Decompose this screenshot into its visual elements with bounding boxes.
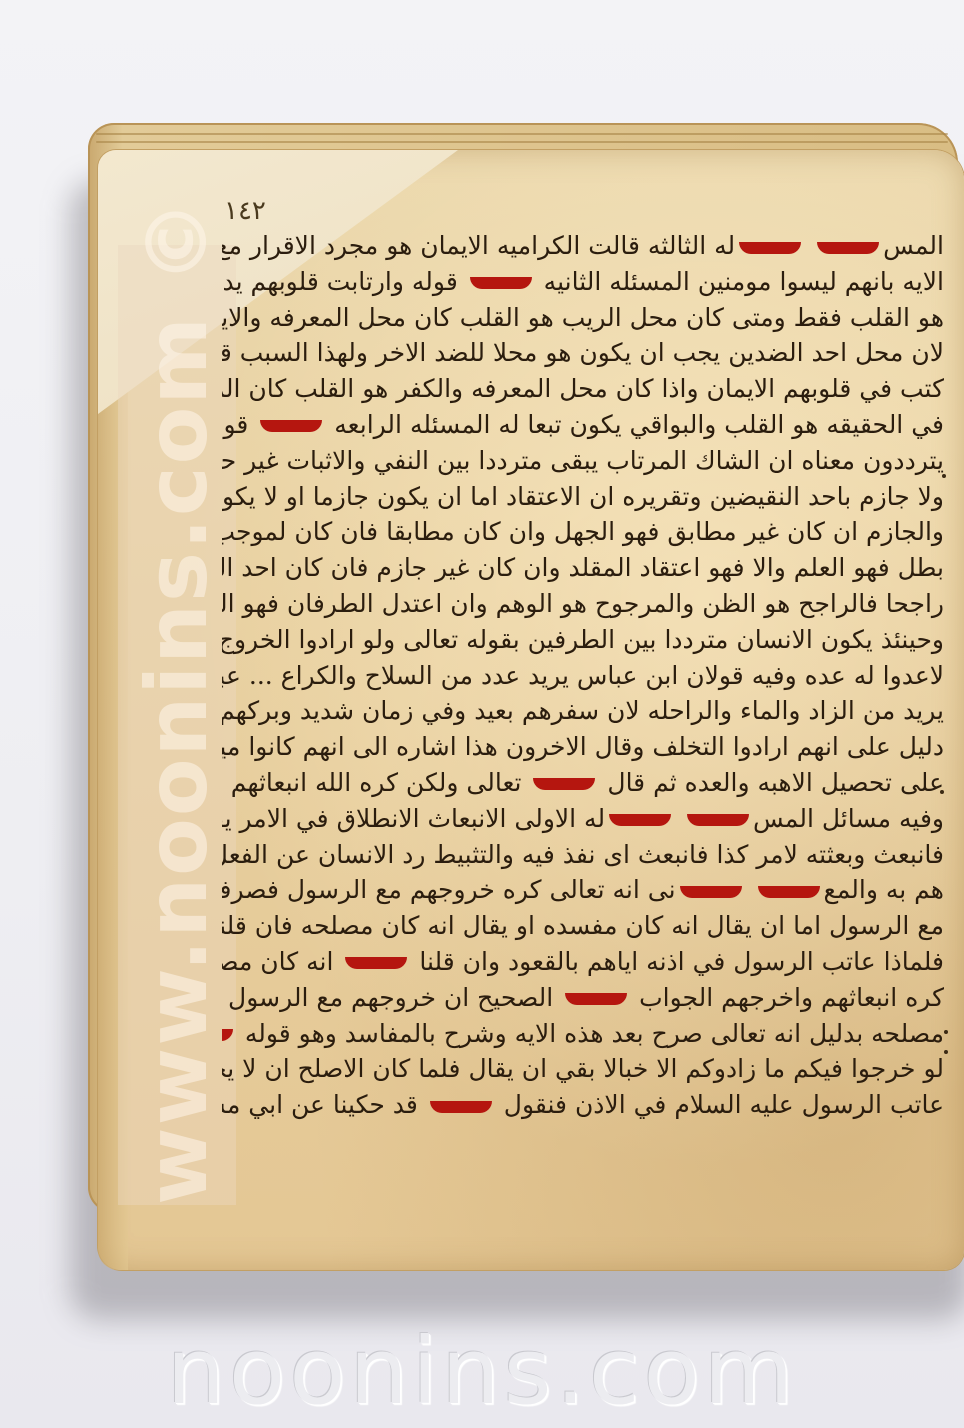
line-text xyxy=(805,231,813,260)
line-text: فانبعث وبعثته لامر كذا فانبعث اى نفذ فيه… xyxy=(222,840,944,869)
line-text: هم به والمع xyxy=(824,875,944,904)
manuscript-line: عاتب الرسول عليه السلام في الاذن فنقول ق… xyxy=(222,1087,944,1123)
manuscript-line: هو القلب فقط ومتى كان محل الريب هو القلب… xyxy=(222,300,944,336)
rubric-mark xyxy=(345,957,407,969)
line-text: فلماذا عاتب الرسول في اذنه اياهم بالقعود… xyxy=(411,947,944,976)
line-text: عاتب الرسول عليه السلام في الاذن فنقول xyxy=(496,1090,944,1119)
line-text: مع الرسول اما ان يقال انه كان مفسده او ي… xyxy=(222,911,944,940)
manuscript-line: على تحصيل الاهبه والعده ثم قال تعالى ولك… xyxy=(222,765,944,801)
manuscript-line: يترددون معناه ان الشاك المرتاب يبقى مترد… xyxy=(222,443,944,479)
rubric-mark xyxy=(609,814,671,826)
watermark-bottom: noonins.com xyxy=(0,1318,964,1425)
manuscript-line: هم به والمع نى انه تعالى كره خروجهم مع ا… xyxy=(222,872,944,908)
rubric-mark xyxy=(739,242,801,254)
rubric-mark xyxy=(680,886,742,898)
manuscript-line: فانبعث وبعثته لامر كذا فانبعث اى نفذ فيه… xyxy=(222,837,944,873)
line-text xyxy=(746,875,754,904)
manuscript-text: المس له الثالثه قالت الكراميه الايمان هو… xyxy=(222,228,944,1123)
manuscript-line: لاعدوا له عده وفيه قولان ابن عباس يريد ع… xyxy=(222,658,944,694)
margin-dot xyxy=(944,1050,948,1054)
line-text: له الاولى الانبعاث الانطلاق في الامر يقا… xyxy=(222,804,605,833)
line-text: الايه بانهم ليسوا مومنين المسئله الثانيه xyxy=(536,267,944,296)
rubric-mark xyxy=(758,886,820,898)
rubric-mark xyxy=(817,242,879,254)
manuscript-line: ولا جازم باحد النقيضين وتقريره ان الاعتق… xyxy=(222,479,944,515)
rubric-mark xyxy=(260,420,322,432)
manuscript-line: دليل على انهم ارادوا التخلف وقال الاخرون… xyxy=(222,729,944,765)
line-text: على تحصيل الاهبه والعده ثم قال xyxy=(599,768,944,797)
manuscript-line: راجحا فالراجح هو الظن والمرجوح هو الوهم … xyxy=(222,586,944,622)
line-text: يريد من الزاد والماء والراحله لان سفرهم … xyxy=(222,696,944,725)
manuscript-line: بطل فهو العلم والا فهو اعتقاد المقلد وان… xyxy=(222,550,944,586)
manuscript-line: وحينئذ يكون الانسان مترددا بين الطرفين ب… xyxy=(222,622,944,658)
line-text: بطل فهو العلم والا فهو اعتقاد المقلد وان… xyxy=(222,553,944,582)
line-text: راجحا فالراجح هو الظن والمرجوح هو الوهم … xyxy=(222,589,944,618)
rubric-mark xyxy=(565,993,627,1005)
page-edge-line xyxy=(96,141,948,143)
manuscript-line: كره انبعاثهم واخرجهم الجواب الصحيح ان خر… xyxy=(222,980,944,1016)
line-text: الصحيح ان خروجهم مع الرسول ما كان xyxy=(222,983,561,1012)
line-text xyxy=(675,804,683,833)
folio-number: ١٤٢ xyxy=(224,196,266,226)
line-text: دليل على انهم ارادوا التخلف وقال الاخرون… xyxy=(222,732,944,761)
page-edge-line xyxy=(96,133,948,135)
manuscript-line: الايه بانهم ليسوا مومنين المسئله الثانيه… xyxy=(222,264,944,300)
manuscript-line: مع الرسول اما ان يقال انه كان مفسده او ي… xyxy=(222,908,944,944)
rubric-mark xyxy=(470,277,532,289)
line-text: وفيه مسائل المس xyxy=(753,804,944,833)
line-text: تعالى ولكن كره الله انبعاثهم فثبطهم xyxy=(222,768,529,797)
manuscript-line: في الحقيقه هو القلب والبواقي يكون تبعا ل… xyxy=(222,407,944,443)
line-text: هو القلب فقط ومتى كان محل الريب هو القلب… xyxy=(222,303,944,332)
line-text: المس xyxy=(883,231,944,260)
manuscript-line: وفيه مسائل المس له الاولى الانبعاث الانط… xyxy=(222,801,944,837)
rubric-mark xyxy=(533,778,595,790)
line-text: له الثالثه قالت الكراميه الايمان هو مجرد… xyxy=(222,231,735,260)
margin-dot xyxy=(944,1030,948,1034)
line-text: كره انبعاثهم واخرجهم الجواب xyxy=(631,983,944,1012)
manuscript-line: المس له الثالثه قالت الكراميه الايمان هو… xyxy=(222,228,944,264)
line-text: كتب في قلوبهم الايمان واذا كان محل المعر… xyxy=(222,374,944,403)
manuscript-line: والجازم ان كان غير مطابق فهو الجهل وان ك… xyxy=(222,514,944,550)
rubric-mark xyxy=(430,1101,492,1113)
rubric-mark xyxy=(687,814,749,826)
line-text: لان محل احد الضدين يجب ان يكون هو محلا ل… xyxy=(222,338,944,367)
line-text: انه كان مصلحه فلم قال انه تعالى xyxy=(222,947,341,976)
manuscript-line: مصلحه بدليل انه تعالى صرح بعد هذه الايه … xyxy=(222,1016,944,1052)
manuscript-line: لان محل احد الضدين يجب ان يكون هو محلا ل… xyxy=(222,335,944,371)
line-text: ولا جازم باحد النقيضين وتقريره ان الاعتق… xyxy=(222,482,944,511)
line-text: نى انه تعالى كره خروجهم مع الرسول فصرفهم… xyxy=(222,875,676,904)
line-text: وحينئذ يكون الانسان مترددا بين الطرفين ب… xyxy=(222,625,944,654)
margin-dot xyxy=(942,474,946,478)
line-text: قد حكينا عن ابي مسلم انه قال ليس في قوله xyxy=(222,1090,426,1119)
line-text: يترددون معناه ان الشاك المرتاب يبقى مترد… xyxy=(222,446,944,475)
line-text: والجازم ان كان غير مطابق فهو الجهل وان ك… xyxy=(222,517,944,546)
manuscript-line: لو خرجوا فيكم ما زادوكم الا خبالا بقي ان… xyxy=(222,1051,944,1087)
line-text: في الحقيقه هو القلب والبواقي يكون تبعا ل… xyxy=(326,410,944,439)
manuscript-line: يريد من الزاد والماء والراحله لان سفرهم … xyxy=(222,693,944,729)
watermark-vertical: www.noonins.com © xyxy=(118,245,236,1205)
line-text: مصلحه بدليل انه تعالى صرح بعد هذه الايه … xyxy=(237,1019,944,1048)
line-text: لو خرجوا فيكم ما زادوكم الا خبالا بقي ان… xyxy=(222,1054,944,1083)
line-text: لاعدوا له عده وفيه قولان ابن عباس يريد ع… xyxy=(222,661,944,690)
margin-dot xyxy=(940,790,944,794)
manuscript-line: كتب في قلوبهم الايمان واذا كان محل المعر… xyxy=(222,371,944,407)
line-text: قوله وارتابت قلوبهم يدل على ان محل الريب xyxy=(222,267,466,296)
manuscript-line: فلماذا عاتب الرسول في اذنه اياهم بالقعود… xyxy=(222,944,944,980)
